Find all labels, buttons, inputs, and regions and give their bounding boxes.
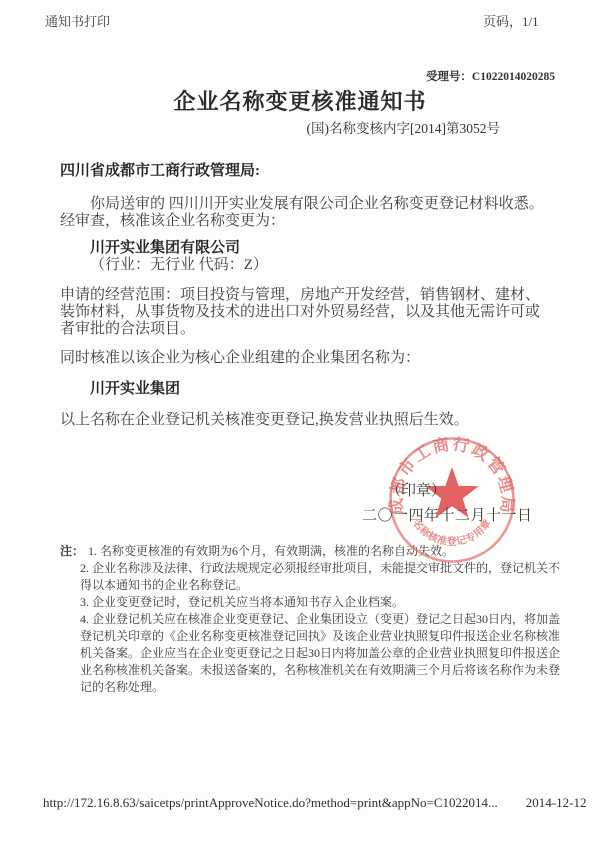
approved-name: 川开实业集团有限公司 [90,240,554,257]
page-number: 页码，1/1 [483,11,539,30]
paragraph-received: 你局送审的 四川川开实业发展有限公司企业名称变更登记材料收悉。经审查，核准该企业… [60,196,554,230]
approved-name-block: 川开实业集团有限公司 （行业：无行业 代码：Z） [60,240,554,274]
group-name: 川开实业集团 [60,381,554,398]
note-item-3: 3. 企业变更登记时，登记机关应当将本通知书存入企业档案。 [80,594,563,611]
print-footer: http://172.16.8.63/saicetps/printApprove… [43,795,586,811]
business-scope: 申请的经营范围：项目投资与管理，房地产开发经营，销售钢材、建材、装饰材料，从事货… [60,287,554,338]
footer-url: http://172.16.8.63/saicetps/printApprove… [43,795,498,811]
document-page: 通知书打印 页码，1/1 受理号：C1022014020285 企业名称变更核准… [0,0,600,848]
group-approval-line: 同时核准以该企业为核心企业组建的企业集团名称为： [60,350,554,367]
document-number: (国)名称变核内字[2014]第3052号 [307,117,500,137]
acceptance-number: 受理号：C1022014020285 [426,68,555,84]
notice-title: 企业名称变更核准通知书 [0,85,600,116]
effective-line: 以上名称在企业登记机关核准变更登记,换发营业执照后生效。 [60,412,554,429]
seal-date: 二〇一四年十二月十一日 [362,504,533,525]
recipient-line: 四川省成都市工商行政管理局: [60,163,554,180]
seal-placeholder-label: （印章） [386,479,446,500]
note-prefix: 注： [60,543,84,560]
notice-body: 四川省成都市工商行政管理局: 你局送审的 四川川开实业发展有限公司企业名称变更登… [60,163,554,429]
note-item-4: 4. 企业登记机关应在核准企业变更登记、企业集团设立（变更）登记之日起30日内，… [80,611,563,696]
footer-print-date: 2014-12-12 [526,795,587,811]
official-seal-icon: 成都市工商行政管理局 名称核准登记专用章 [386,434,518,566]
print-header-title: 通知书打印 [45,11,110,30]
industry-line: （行业：无行业 代码：Z） [90,257,554,274]
